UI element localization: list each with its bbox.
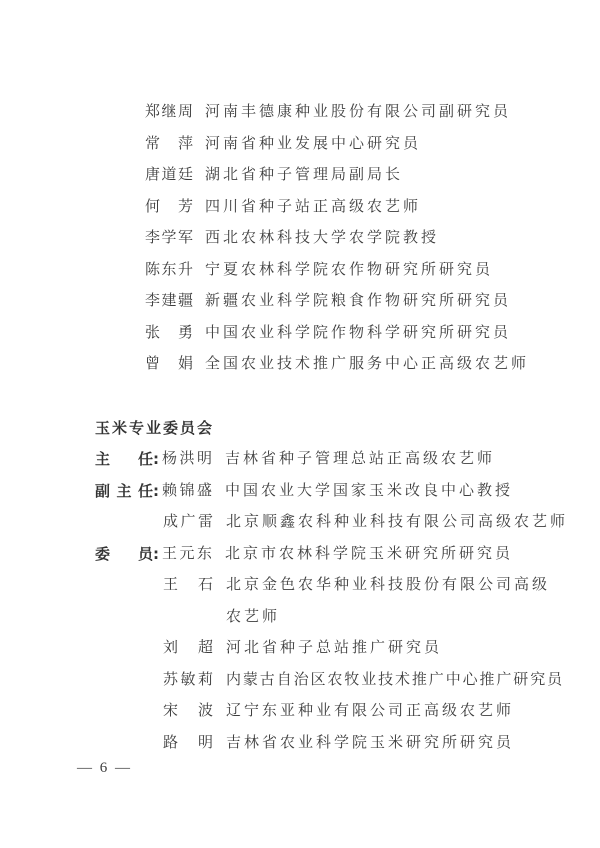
page-number: — 6 —	[77, 758, 132, 778]
member-row: 陈东升 宁夏农林科学院农作物研究所研究员	[145, 255, 600, 287]
role-colon: :	[153, 539, 161, 571]
member-row: 郑继周 河南丰德康种业股份有限公司副研究员	[145, 97, 600, 129]
member-name: 宋波	[163, 696, 213, 728]
member-name: 赖锦盛	[162, 476, 212, 508]
member-affiliation: 吉林省种子管理总站正高级农艺师	[225, 444, 495, 476]
member-affiliation: 中国农业科学院作物科学研究所研究员	[205, 318, 511, 350]
member-name: 王元东	[162, 539, 212, 571]
section-title-corn-committee: 玉米专业委员会	[95, 413, 600, 445]
member-row: 李学军 西北农林科技大学农学院教授	[145, 223, 600, 255]
member-affiliation: 内蒙古自治区农牧业技术推广中心推广研究员	[226, 665, 564, 697]
member-row: 成广雷 北京顺鑫农科种业科技有限公司高级农艺师	[95, 507, 600, 539]
member-row: 曾娟 全国农业技术推广服务中心正高级农艺师	[145, 349, 600, 381]
member-affiliation: 湖北省种子管理局副局长	[205, 160, 403, 192]
member-affiliation: 宁夏农林科学院农作物研究所研究员	[205, 255, 493, 287]
member-name: 唐道廷	[145, 160, 193, 192]
member-affiliation: 河北省种子总站推广研究员	[226, 633, 442, 665]
member-affiliation: 河南丰德康种业股份有限公司副研究员	[205, 97, 511, 129]
document-page: 郑继周 河南丰德康种业股份有限公司副研究员 常萍 河南省种业发展中心研究员 唐道…	[0, 0, 600, 848]
role-label: 副主任	[95, 476, 153, 508]
role-label: 委员	[95, 539, 153, 571]
member-name: 郑继周	[145, 97, 193, 129]
member-row: 宋波 辽宁东亚种业有限公司正高级农艺师	[95, 696, 600, 728]
member-name: 王石	[163, 570, 213, 602]
member-name: 曾娟	[145, 349, 193, 381]
member-affiliation: 辽宁东亚种业有限公司正高级农艺师	[226, 696, 514, 728]
member-row: 苏敏莉 内蒙古自治区农牧业技术推广中心推广研究员	[95, 665, 600, 697]
member-affiliation: 河南省种业发展中心研究员	[205, 129, 421, 161]
role-colon: :	[153, 476, 161, 508]
member-affiliation: 西北农林科技大学农学院教授	[205, 223, 439, 255]
member-affiliation: 北京市农林科学院玉米研究所研究员	[225, 539, 513, 571]
member-row: 路明 吉林省农业科学院玉米研究所研究员	[95, 728, 600, 760]
member-row: 唐道廷 湖北省种子管理局副局长	[145, 160, 600, 192]
member-row: 张勇 中国农业科学院作物科学研究所研究员	[145, 318, 600, 350]
member-row: 常萍 河南省种业发展中心研究员	[145, 129, 600, 161]
member-row: 李建疆 新疆农业科学院粮食作物研究所研究员	[145, 286, 600, 318]
member-name: 何芳	[145, 192, 193, 224]
member-row: 副主任 : 赖锦盛 中国农业大学国家玉米改良中心教授	[95, 476, 600, 508]
member-affiliation: 新疆农业科学院粮食作物研究所研究员	[205, 286, 511, 318]
member-name: 陈东升	[145, 255, 193, 287]
member-name: 成广雷	[163, 507, 213, 539]
role-colon: :	[153, 444, 161, 476]
committee-members-list-continued: 郑继周 河南丰德康种业股份有限公司副研究员 常萍 河南省种业发展中心研究员 唐道…	[0, 0, 600, 381]
member-affiliation: 中国农业大学国家玉米改良中心教授	[225, 476, 513, 508]
member-name: 路明	[163, 728, 213, 760]
member-row: 主任 : 杨洪明 吉林省种子管理总站正高级农艺师	[95, 444, 600, 476]
member-name: 杨洪明	[162, 444, 212, 476]
corn-committee-list: 主任 : 杨洪明 吉林省种子管理总站正高级农艺师 副主任 : 赖锦盛 中国农业大…	[0, 444, 600, 759]
member-row: 王石 北京金色农华种业科技股份有限公司高级 农艺师	[95, 570, 600, 633]
member-affiliation: 四川省种子站正高级农艺师	[205, 192, 421, 224]
member-name: 李学军	[145, 223, 193, 255]
member-row: 委员 : 王元东 北京市农林科学院玉米研究所研究员	[95, 539, 600, 571]
member-row: 何芳 四川省种子站正高级农艺师	[145, 192, 600, 224]
member-name: 张勇	[145, 318, 193, 350]
member-affiliation: 北京金色农华种业科技股份有限公司高级 农艺师	[226, 570, 550, 633]
member-affiliation: 北京顺鑫农科种业科技有限公司高级农艺师	[226, 507, 568, 539]
role-label: 主任	[95, 444, 153, 476]
member-name: 苏敏莉	[163, 665, 213, 697]
member-name: 李建疆	[145, 286, 193, 318]
member-affiliation: 吉林省农业科学院玉米研究所研究员	[226, 728, 514, 760]
member-affiliation: 全国农业技术推广服务中心正高级农艺师	[205, 349, 529, 381]
member-name: 刘超	[163, 633, 213, 665]
member-name: 常萍	[145, 129, 193, 161]
member-row: 刘超 河北省种子总站推广研究员	[95, 633, 600, 665]
